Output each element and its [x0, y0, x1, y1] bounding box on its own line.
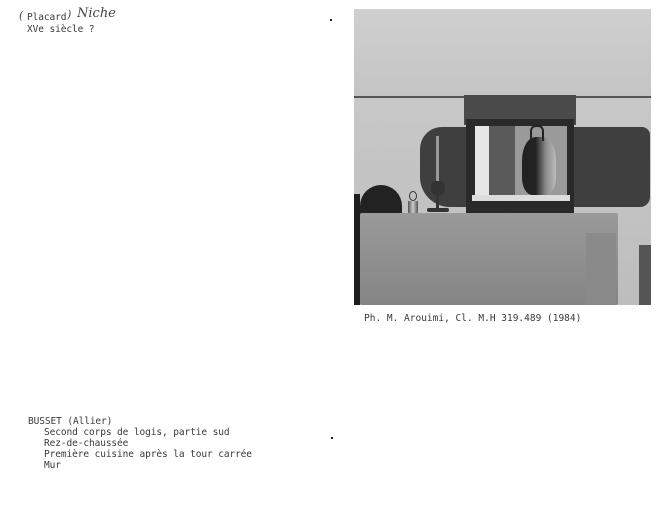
struck-annotation: Placard: [27, 12, 66, 23]
location-line: Mur: [44, 460, 61, 471]
upper-wall: [354, 9, 651, 97]
table-cloth: [360, 213, 618, 305]
jug: [522, 137, 556, 195]
location-line: Première cuisine après la tour carrée: [44, 449, 252, 460]
mark-dot: [330, 19, 332, 21]
lamp-chimney: [436, 136, 439, 181]
jug-handle: [530, 125, 544, 141]
handwritten-annotation: Niche: [77, 6, 116, 21]
lamp-body: [431, 181, 445, 195]
mark-dot: [331, 437, 333, 439]
niche-sill: [472, 195, 570, 201]
bell-ring: [409, 191, 417, 201]
place-heading: BUSSET (Allier): [28, 416, 112, 427]
lamp-stem: [436, 195, 439, 209]
table-cloth-side: [586, 233, 616, 305]
location-line: Rez-de-chaussée: [44, 438, 128, 449]
location-line: Second corps de logis, partie sud: [44, 427, 229, 438]
right-edge: [639, 245, 651, 305]
date-label: XVe siècle ?: [27, 24, 94, 35]
photograph: [354, 9, 651, 305]
close-paren-mark: ): [67, 8, 71, 21]
open-paren-mark: (: [19, 9, 23, 22]
photo-caption: Ph. M. Arouimi, Cl. M.H 319.489 (1984): [364, 313, 581, 324]
